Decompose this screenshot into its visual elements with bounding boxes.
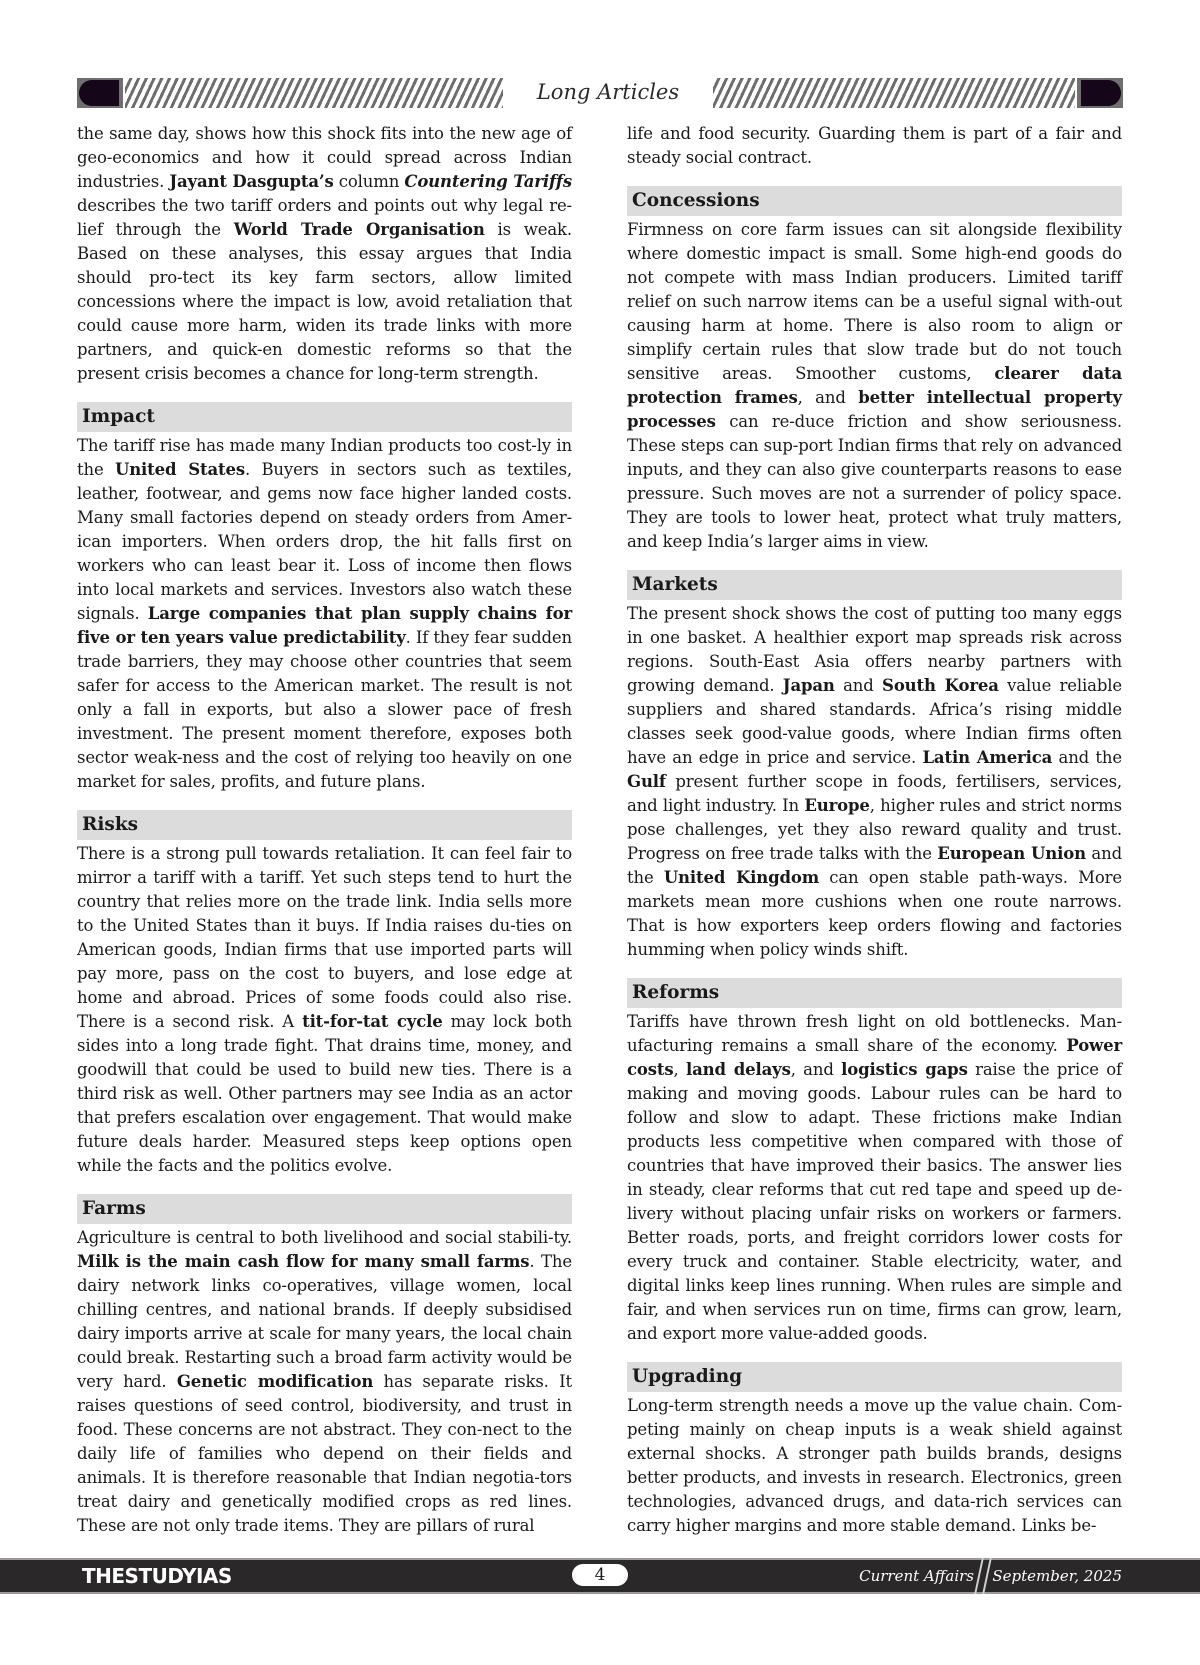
issue-date: September, 2025 [992, 1562, 1122, 1590]
header-right-stripes-decoration [713, 78, 1075, 108]
right-column: life and food security. Guarding them is… [627, 122, 1122, 1538]
section-heading-impact: Impact [77, 402, 572, 432]
section-heading-markets: Markets [627, 570, 1122, 600]
section-body-markets: The present shock shows the cost of putt… [627, 602, 1122, 962]
footer-separator-decoration [974, 1558, 992, 1594]
page-footer: THESTUDYIAS 4 Current Affairs September,… [0, 1558, 1200, 1594]
emphasis-text: Genetic modification [177, 1372, 373, 1391]
section-body-upgrading: Long-term strength needs a move up the v… [627, 1394, 1122, 1538]
emphasis-text: land delays [686, 1060, 791, 1079]
emphasis-text: European Union [937, 844, 1086, 863]
page-number: 4 [572, 1564, 628, 1586]
emphasis-text: United States [115, 460, 245, 479]
emphasis-text: Latin America [922, 748, 1052, 767]
emphasis-text: Large companies that plan supply chains … [77, 604, 572, 647]
section-body-farms: Agriculture is central to both livelihoo… [77, 1226, 572, 1538]
emphasis-text: Japan [783, 676, 835, 695]
header-right-cap-decoration [1077, 78, 1123, 108]
emphasis-text: logistics gaps [841, 1060, 968, 1079]
section-body-risks: There is a strong pull towards retaliati… [77, 842, 572, 1178]
emphasis-text: Milk is the main cash flow for many smal… [77, 1252, 529, 1271]
section-title: Long Articles [507, 78, 709, 106]
emphasis-text: Europe [804, 796, 869, 815]
page-header: Long Articles [77, 76, 1123, 108]
section-heading-concessions: Concessions [627, 186, 1122, 216]
header-left-stripes-decoration [125, 78, 503, 108]
section-body-concessions: Firmness on core farm issues can sit alo… [627, 218, 1122, 554]
left-column: the same day, shows how this shock fits … [77, 122, 572, 1538]
section-body-impact: The tariff rise has made many Indian pro… [77, 434, 572, 794]
publisher-brand: THESTUDYIAS [82, 1562, 232, 1590]
magazine-name: Current Affairs [859, 1562, 974, 1590]
intro-paragraph: the same day, shows how this shock fits … [77, 122, 572, 386]
section-body-reforms: Tariffs have thrown fresh light on old b… [627, 1010, 1122, 1346]
emphasis-text: Jayant Dasgupta’s [169, 172, 333, 191]
emphasis-text: tit-for-tat cycle [302, 1012, 443, 1031]
continuation-paragraph: life and food security. Guarding them is… [627, 122, 1122, 170]
emphasis-text: World Trade Organisation [234, 220, 485, 239]
emphasis-text: United Kingdom [664, 868, 819, 887]
section-heading-reforms: Reforms [627, 978, 1122, 1008]
section-heading-farms: Farms [77, 1194, 572, 1224]
section-heading-upgrading: Upgrading [627, 1362, 1122, 1392]
emphasis-text: Gulf [627, 772, 666, 791]
section-heading-risks: Risks [77, 810, 572, 840]
emphasis-text: South Korea [882, 676, 999, 695]
header-left-cap-decoration [77, 78, 123, 108]
emphasis-text: Countering Tariffs [404, 172, 572, 191]
